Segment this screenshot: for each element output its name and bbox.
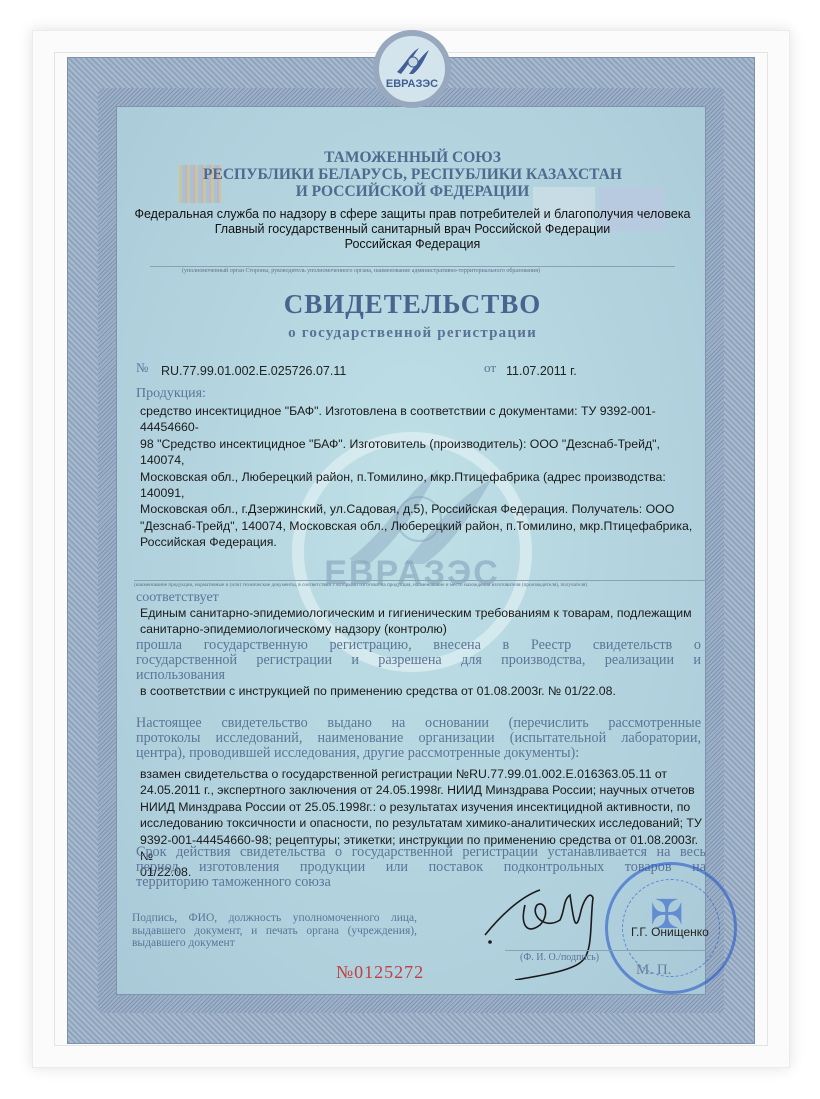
product-line: "Дезснаб-Трейд", 140074, Московская обл.…: [140, 518, 700, 534]
signature-caption-line: Подпись, ФИО, должность уполномоченного …: [132, 912, 417, 925]
basis-line: исследованию токсичности и опасности, по…: [140, 815, 710, 831]
signer-name: Г.Г. Онищенко: [631, 925, 709, 939]
registration-text: прошла государственную регистрацию, внес…: [136, 638, 701, 684]
product-text: средство инсектицидное "БАФ". Изготовлен…: [140, 403, 700, 551]
divider: [150, 266, 675, 267]
validity-line: Срок действия свидетельства о государств…: [136, 845, 706, 860]
basis-label-line: центра), проводившей исследования, други…: [136, 746, 701, 761]
authority-line: Главный государственный санитарный врач …: [130, 222, 695, 237]
product-line: Московская обл., Люберецкий район, п.Том…: [140, 469, 700, 502]
conformity-label: соответствует: [136, 590, 219, 606]
authority-line: Российская Федерация: [130, 237, 695, 252]
document-title: СВИДЕТЕЛЬСТВО: [130, 289, 695, 320]
product-line: 98 "Средство инсектицидное "БАФ". Изгото…: [140, 436, 700, 469]
emblem-text: ЕВРАЗЭС: [379, 78, 445, 90]
conformity-line: санитарно-эпидемиологическому надзору (к…: [140, 621, 710, 637]
number-label: №: [136, 360, 148, 376]
seal-label: М. П.: [636, 962, 671, 979]
form-number: №0125272: [336, 962, 424, 983]
registration-date: 11.07.2011 г.: [506, 364, 577, 378]
basis-label-line: протоколы исследований, наименование орг…: [136, 731, 701, 746]
basis-line: НИИД Минздрава России от 25.05.1998г.: о…: [140, 799, 710, 815]
conformity-text: Единым санитарно-эпидемиологическим и ги…: [140, 605, 710, 638]
eurasec-emblem-icon: ЕВРАЗЭС: [373, 30, 451, 108]
product-caption: (наименование продукции, нормативные и (…: [134, 582, 587, 588]
handwritten-signature-icon: [465, 880, 625, 980]
union-line: ТАМОЖЕННЫЙ СОЮЗ: [130, 149, 695, 166]
signature-caption-line: выдавшего документ: [132, 937, 417, 950]
authority-line: Федеральная служба по надзору в сфере за…: [130, 207, 695, 222]
registration-line: прошла государственную регистрацию, внес…: [136, 638, 701, 653]
signature-line: [505, 950, 705, 951]
registration-line: использования: [136, 668, 701, 683]
eurasec-swoosh-icon: [395, 46, 431, 76]
document-subtitle: о государственной регистрации: [130, 325, 695, 342]
basis-line: взамен свидетельства о государственной р…: [140, 766, 710, 782]
signer-caption: (Ф. И. О./подпись): [520, 952, 599, 963]
product-line: средство инсектицидное "БАФ". Изготовлен…: [140, 403, 700, 436]
conformity-line: Единым санитарно-эпидемиологическим и ги…: [140, 605, 710, 621]
basis-label: Настоящее свидетельство выдано на основа…: [136, 716, 701, 762]
registration-number: RU.77.99.01.002.E.025726.07.11: [161, 364, 346, 378]
divider: [134, 580, 706, 581]
union-line: РЕСПУБЛИКИ БЕЛАРУСЬ, РЕСПУБЛИКИ КАЗАХСТА…: [130, 166, 695, 183]
validity-line: период изготовления продукции или постав…: [136, 860, 706, 875]
product-line: Московская обл., г.Дзержинский, ул.Садов…: [140, 501, 700, 517]
union-line: И РОССИЙСКОЙ ФЕДЕРАЦИИ: [130, 183, 695, 200]
authority-block: Федеральная служба по надзору в сфере за…: [130, 207, 695, 252]
basis-label-line: Настоящее свидетельство выдано на основа…: [136, 716, 701, 731]
union-heading: ТАМОЖЕННЫЙ СОЮЗ РЕСПУБЛИКИ БЕЛАРУСЬ, РЕС…: [130, 149, 695, 200]
date-label: от: [484, 360, 496, 376]
basis-line: 24.05.2011 г., экспертного заключения от…: [140, 782, 710, 798]
signature-caption: Подпись, ФИО, должность уполномоченного …: [132, 912, 417, 950]
product-label: Продукция:: [136, 386, 206, 402]
registration-line: государственной регистрации и разрешена …: [136, 653, 701, 668]
authority-caption: (уполномоченный орган Стороны, руководит…: [182, 268, 540, 274]
usage-instruction: в соответствии с инструкцией по применен…: [140, 683, 616, 699]
signature-caption-line: выдавшего документ, и печать органа (учр…: [132, 925, 417, 938]
product-line: Российская Федерация.: [140, 534, 700, 550]
